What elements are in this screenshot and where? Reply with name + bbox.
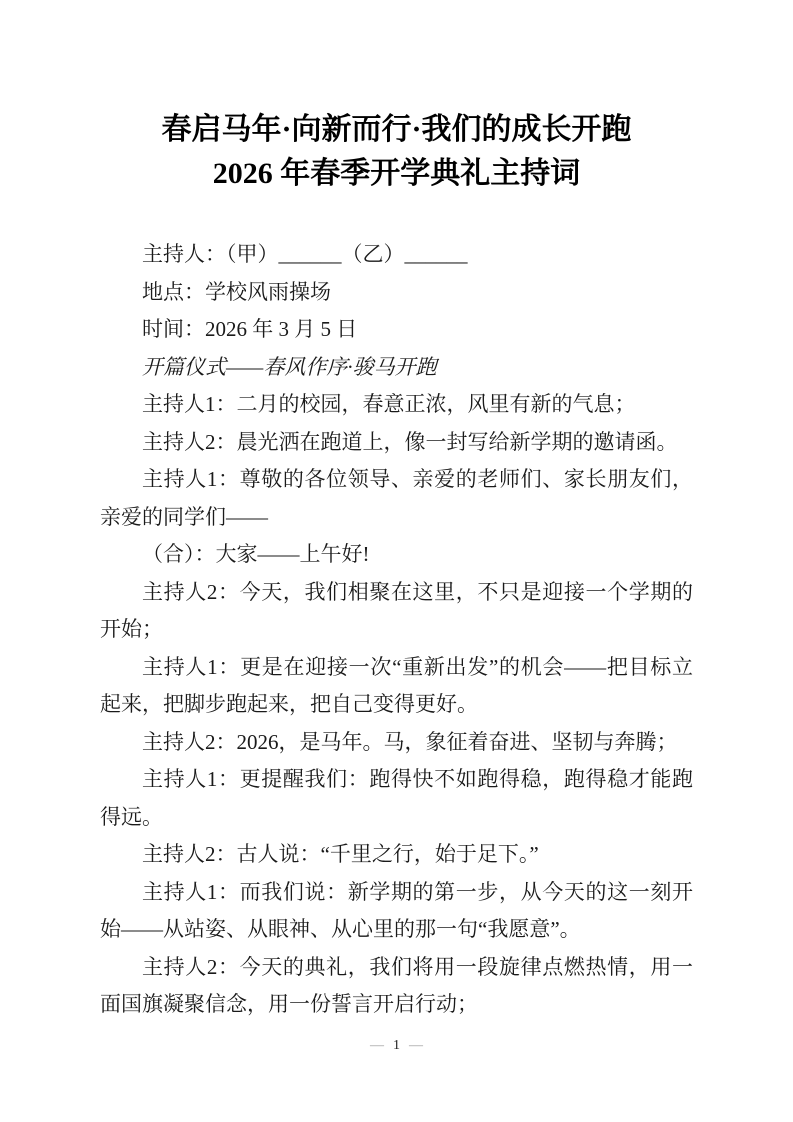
dialogue-line: 主持人2：晨光洒在跑道上，像一封写给新学期的邀请函。 [100, 424, 693, 462]
dialogue-line: 主持人2：古人说：“千里之行，始于足下。” [100, 836, 693, 874]
footer-dash-left: — [370, 1038, 384, 1053]
dialogue-line: （合）：大家——上午好! [100, 536, 693, 574]
dialogue-line: 主持人2：今天的典礼，我们将用一段旋律点燃热情，用一面国旗凝聚信念，用一份誓言开… [100, 949, 693, 1024]
dialogue-line: 主持人1：而我们说：新学期的第一步，从今天的这一刻开始——从站姿、从眼神、从心里… [100, 874, 693, 949]
title-line-1: 春启马年·向新而行·我们的成长开跑 [60, 108, 733, 152]
document-body: 主持人：（甲）______（乙）______地点：学校风雨操场时间：2026 年… [100, 236, 693, 1024]
dialogue-line: 主持人1：二月的校园，春意正浓，风里有新的气息； [100, 386, 693, 424]
dialogue-line: 主持人1：更提醒我们：跑得快不如跑得稳，跑得稳才能跑得远。 [100, 761, 693, 836]
footer-dash-right: — [409, 1038, 423, 1053]
dialogue-line: 主持人1：尊敬的各位领导、亲爱的老师们、家长朋友们，亲爱的同学们—— [100, 461, 693, 536]
dialogue-line: 主持人2：今天，我们相聚在这里，不只是迎接一个学期的开始； [100, 574, 693, 649]
page-footer: —1— [0, 1036, 793, 1056]
dialogue-line: 主持人2：2026，是马年。马，象征着奋进、坚韧与奔腾； [100, 724, 693, 762]
time-line: 时间：2026 年 3 月 5 日 [100, 311, 693, 349]
host-line: 主持人：（甲）______（乙）______ [100, 236, 693, 274]
title-line-2: 2026 年春季开学典礼主持词 [60, 152, 733, 196]
dialogue-line: 主持人1：更是在迎接一次“重新出发”的机会——把目标立起来，把脚步跑起来，把自己… [100, 649, 693, 724]
page-number: 1 [393, 1036, 400, 1056]
document-page: 春启马年·向新而行·我们的成长开跑 2026 年春季开学典礼主持词 主持人：（甲… [0, 0, 793, 1122]
document-title: 春启马年·向新而行·我们的成长开跑 2026 年春季开学典礼主持词 [60, 108, 733, 196]
section-heading: 开篇仪式——春风作序·骏马开跑 [100, 349, 693, 387]
location-line: 地点：学校风雨操场 [100, 274, 693, 312]
